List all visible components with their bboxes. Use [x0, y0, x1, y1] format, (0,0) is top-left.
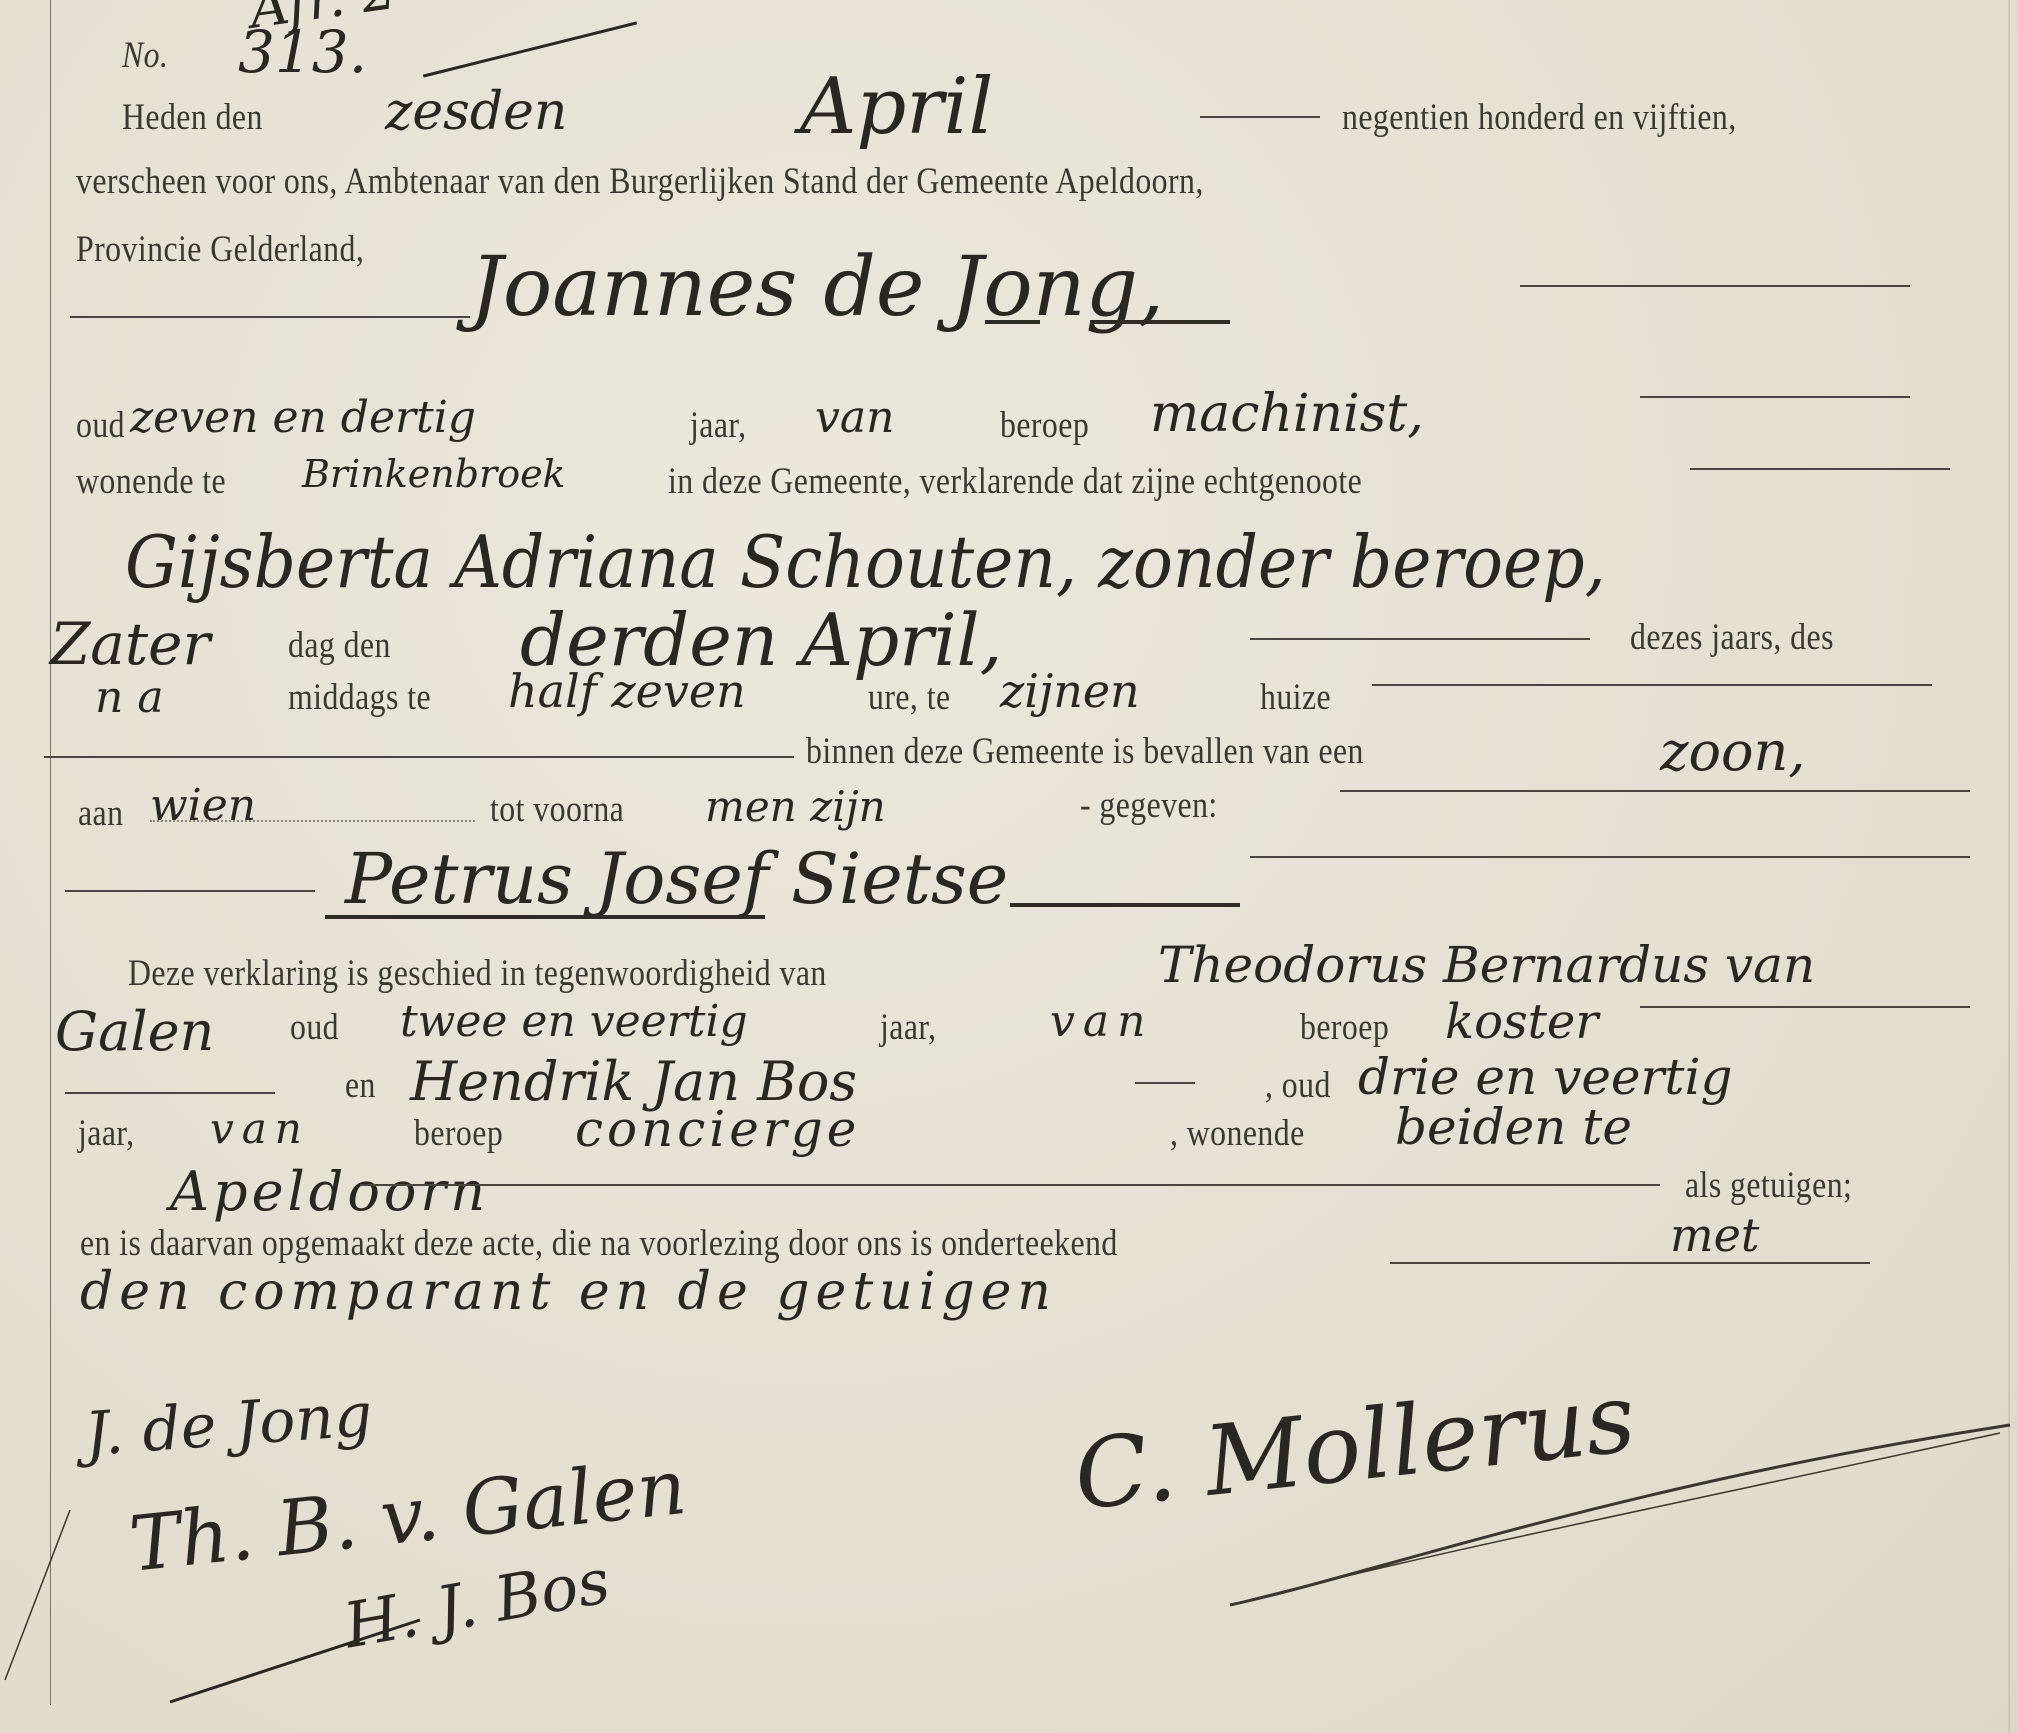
certificate-page: Afr. 2 No. 313. Heden den zesden April n… [0, 0, 2018, 1733]
fill-rule [1640, 1006, 1970, 1008]
handwritten-occupation2: koster [1445, 994, 1598, 1050]
handwritten-van: van [815, 392, 894, 443]
margin-rule [50, 0, 51, 1705]
printed-wonende-te: wonende te [76, 460, 226, 503]
handwritten-occupation3: concierge [575, 1100, 860, 1158]
printed-binnen-deze: binnen deze Gemeente is bevallen van een [806, 730, 1364, 773]
handwritten-day: zesden [385, 82, 567, 142]
underline [985, 320, 1040, 324]
fill-rule [1340, 790, 1970, 792]
fill-rule [65, 1092, 275, 1094]
printed-verscheen: verscheen voor ons, Ambtenaar van den Bu… [76, 160, 1204, 203]
printed-wonende2: , wonende [1170, 1112, 1305, 1155]
fill-rule [1520, 285, 1910, 287]
handwritten-residence2: Apeldoorn [170, 1160, 489, 1223]
handwritten-beiden-te: beiden te [1395, 1098, 1632, 1156]
underline [1010, 903, 1240, 907]
handwritten-mother: Gijsberta Adriana Schouten, zonder beroe… [125, 520, 1606, 604]
signature-father: J. de Jong [83, 1380, 375, 1470]
printed-middags-te: middags te [288, 676, 431, 719]
printed-heden-den: Heden den [122, 96, 263, 139]
fill-rule [1372, 684, 1932, 686]
handwritten-age: zeven en dertig [130, 392, 476, 443]
handwritten-child-name: Petrus Josef Sietse [345, 838, 1008, 920]
handwritten-zijnen: zijnen [1000, 664, 1140, 718]
margin-flourish [0, 1510, 80, 1690]
act-number: 313. [238, 18, 367, 86]
printed-tot-voorna: tot voorna [490, 788, 624, 831]
printed-jaar3: jaar, [78, 1112, 135, 1155]
handwritten-wien: wien [150, 780, 256, 831]
handwritten-met: met [1670, 1208, 1759, 1262]
fill-rule [65, 890, 315, 892]
printed-year: negentien honderd en vijftien, [1342, 96, 1737, 139]
fill-rule [1135, 1082, 1195, 1084]
printed-oud2: oud [290, 1006, 339, 1049]
printed-dezes-jaars: dezes jaars, des [1630, 616, 1834, 659]
handwritten-na: na [95, 672, 178, 723]
printed-ure-te: ure, te [868, 676, 951, 719]
fill-rule [360, 1184, 1660, 1186]
fill-rule [1640, 396, 1910, 398]
printed-jaar: jaar, [690, 404, 747, 447]
printed-oud: oud [76, 404, 125, 447]
handwritten-weekday: Zater [50, 610, 210, 678]
printed-beroep: beroep [1000, 404, 1089, 447]
handwritten-month: April [800, 62, 993, 152]
printed-jaar2: jaar, [880, 1006, 937, 1049]
printed-deze-verklaring: Deze verklaring is geschied in tegenwoor… [128, 952, 827, 995]
dotted-rule [150, 820, 475, 822]
printed-provincie: Provincie Gelderland, [76, 228, 364, 271]
handwritten-child-sex: zoon, [1660, 720, 1805, 783]
fill-rule [1200, 116, 1320, 118]
handwritten-men-zijn: men zijn [705, 782, 886, 831]
printed-in-deze-gemeente: in deze Gemeente, verklarende dat zijne … [668, 460, 1362, 503]
signature-official-flourish [1220, 1425, 2018, 1625]
printed-dag-den: dag den [288, 624, 391, 667]
underline [1090, 320, 1230, 324]
handwritten-time: half zeven [508, 664, 746, 718]
handwritten-closing: den comparant en de getuigen [80, 1262, 1057, 1322]
printed-en: en [345, 1064, 376, 1107]
printed-als-getuigen: als getuigen; [1685, 1164, 1852, 1207]
handwritten-declarant: Joannes de Jong, [470, 240, 1164, 335]
handwritten-van2: van [1050, 996, 1153, 1047]
printed-oud3: , oud [1265, 1064, 1331, 1107]
fill-rule [1390, 1262, 1870, 1264]
handwritten-witness1-surname: Galen [55, 1000, 214, 1063]
underline [325, 915, 765, 919]
act-number-label: No. [122, 34, 168, 77]
handwritten-age2: twee en veertig [400, 996, 748, 1047]
handwritten-witness1: Theodorus Bernardus van [1158, 936, 1815, 994]
signature-witness2-flourish [170, 1620, 430, 1710]
fill-rule [1690, 468, 1950, 470]
handwritten-residence: Brinkenbroek [302, 452, 566, 496]
annotation-stroke [423, 21, 637, 77]
fill-rule [70, 316, 470, 318]
fill-rule [1250, 856, 1970, 858]
handwritten-occupation: machinist, [1150, 384, 1424, 444]
handwritten-van3: van [210, 1104, 310, 1153]
printed-en-is-daarvan: en is daarvan opgemaakt deze acte, die n… [80, 1222, 1118, 1265]
printed-huize: huize [1260, 676, 1331, 719]
fill-rule [1250, 638, 1590, 640]
fill-rule [44, 756, 794, 758]
printed-aan: aan [78, 792, 123, 835]
printed-gegeven: - gegeven: [1080, 784, 1218, 827]
printed-beroep2: beroep [1300, 1006, 1389, 1049]
printed-beroep3: beroep [414, 1112, 503, 1155]
